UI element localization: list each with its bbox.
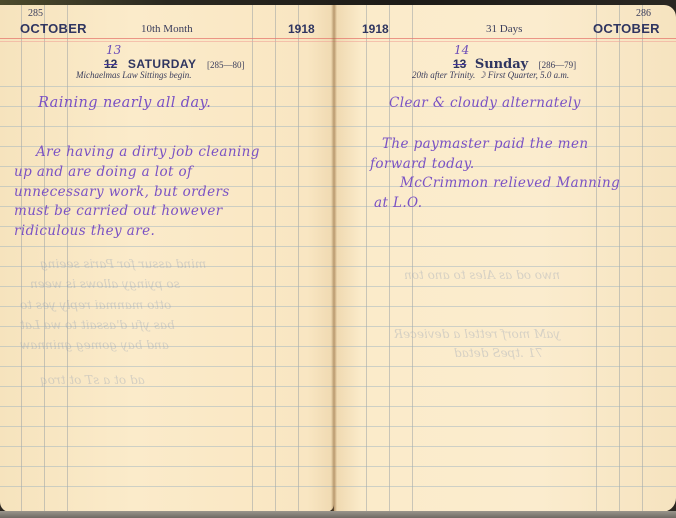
rule-line <box>0 126 334 127</box>
day-note: 20th after Trinity. ☽ First Quarter, 5.0… <box>412 70 569 81</box>
header-red-rule <box>334 41 676 42</box>
handwritten-entry: Clear & cloudy alternately <box>389 95 581 111</box>
bleed-through-text: ad ot a sT ot troq <box>40 373 145 387</box>
book-gutter <box>331 5 337 513</box>
day-range: [286—79] <box>539 60 577 70</box>
rule-vertical <box>298 5 299 512</box>
printed-date: 12 <box>104 57 117 71</box>
rule-line <box>334 406 676 407</box>
bleed-through-text: nwo od as Ales to ano ton <box>404 268 560 282</box>
rule-line <box>0 466 334 467</box>
header-red-rule <box>0 41 334 42</box>
handwritten-entry: at L.O. <box>374 195 422 211</box>
rule-vertical <box>596 5 597 512</box>
handwritten-entry: Raining nearly all day. <box>38 95 211 111</box>
days-in-month: 31 Days <box>486 23 522 35</box>
bleed-through-text: 71 .tpeS detad <box>454 346 543 360</box>
handwritten-entry: unnecessary work, but orders <box>14 184 230 200</box>
diary-spread: 285 OCTOBER 10th Month 1918 13 12 SATURD… <box>0 0 676 518</box>
rule-line <box>334 86 676 87</box>
rule-vertical <box>252 5 253 512</box>
rule-line <box>334 366 676 367</box>
bleed-through-text: so pyingy allows is ween <box>30 277 180 291</box>
month-label: OCTOBER <box>20 21 87 36</box>
handwritten-entry: McCrimmon relieved Manning <box>400 175 620 191</box>
rule-vertical <box>21 5 22 512</box>
header-red-rule <box>0 38 334 39</box>
right-page: 1918 31 Days 286 OCTOBER 14 13 Sunday [2… <box>334 5 676 512</box>
handwritten-entry: must be carried out however <box>14 203 223 219</box>
handwritten-entry: ridiculous they are. <box>14 223 155 239</box>
rule-line <box>334 386 676 387</box>
day-note: Michaelmas Law Sittings begin. <box>76 70 192 80</box>
rule-line <box>0 446 334 447</box>
rule-vertical <box>619 5 620 512</box>
rule-line <box>334 226 676 227</box>
rule-vertical <box>366 5 367 512</box>
rule-vertical <box>412 5 413 512</box>
year-label: 1918 <box>288 22 315 36</box>
handwritten-entry: up and are doing a lot of <box>14 164 192 180</box>
rule-line <box>334 486 676 487</box>
rule-line <box>0 86 334 87</box>
rule-vertical <box>389 5 390 512</box>
bleed-through-text: mind assur for Paris seeing <box>40 257 206 271</box>
rule-line <box>334 446 676 447</box>
page-number: 285 <box>28 8 43 19</box>
bleed-through-text: otto manmai reply yes to <box>20 298 171 312</box>
header-red-rule <box>334 38 676 39</box>
rule-vertical <box>275 5 276 512</box>
printed-date: 13 <box>453 57 466 71</box>
bleed-through-text: and bay gomeg gninnaw <box>20 338 169 352</box>
weekday: SATURDAY <box>128 57 197 71</box>
rule-line <box>334 266 676 267</box>
rule-line <box>0 426 334 427</box>
handwritten-entry: forward today. <box>370 156 475 172</box>
rule-line <box>0 486 334 487</box>
handwritten-entry: Are having a dirty job cleaning <box>36 144 260 160</box>
handwritten-entry: The paymaster paid the men <box>382 136 588 152</box>
rule-line <box>0 406 334 407</box>
rule-line <box>0 366 334 367</box>
page-number: 286 <box>636 8 651 19</box>
rule-vertical <box>642 5 643 512</box>
rule-line <box>0 246 334 247</box>
bottom-edge <box>0 511 676 518</box>
month-ordinal: 10th Month <box>141 23 193 35</box>
year-label: 1918 <box>362 22 389 36</box>
bleed-through-text: yaM morf rettel a devieceR <box>394 327 560 341</box>
left-page: 285 OCTOBER 10th Month 1918 13 12 SATURD… <box>0 5 334 512</box>
month-label: OCTOBER <box>593 21 660 36</box>
rule-line <box>334 306 676 307</box>
bleed-through-text: bas yfu d'assait to wa Lat <box>20 318 175 332</box>
rule-line <box>334 246 676 247</box>
rule-line <box>334 426 676 427</box>
day-range: [285—80] <box>207 60 245 70</box>
rule-line <box>334 466 676 467</box>
rule-line <box>334 286 676 287</box>
rule-line <box>334 126 676 127</box>
